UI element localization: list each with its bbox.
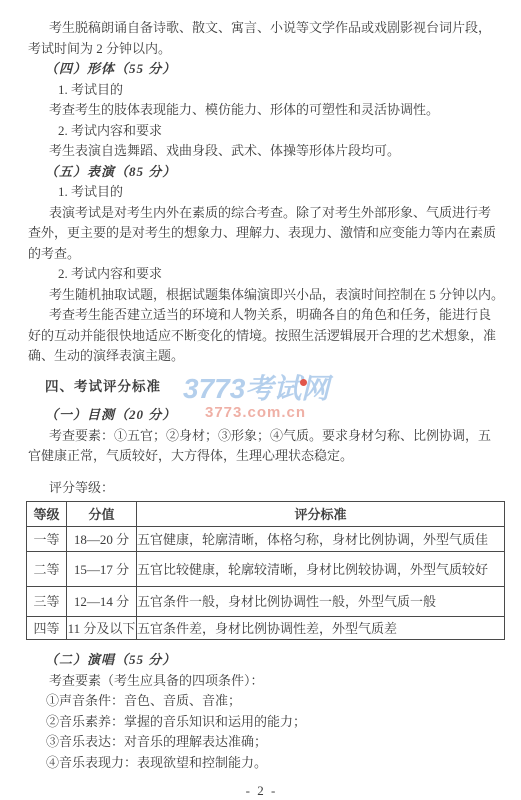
criteria-cell: 五官比较健康，轮廓较清晰，身材比例较协调，外型气质较好 (137, 552, 505, 587)
paragraph-line: 考生表演自选舞蹈、戏曲身段、武术、体操等形体片段均可。 (28, 141, 495, 162)
column-header-grade: 等级 (27, 502, 67, 527)
list-item: ④音乐表现力：表现欲望和控制能力。 (28, 753, 495, 774)
score-cell: 15—17 分 (67, 552, 137, 587)
paragraph-line: 考生脱稿朗诵自备诗歌、散文、寓言、小说等文学作品或戏剧影视台词片段， (28, 18, 495, 39)
table-row: 一等 18—20 分 五官健康，轮廓清晰，体格匀称，身材比例协调，外型气质佳 (27, 527, 505, 552)
paragraph-line: 考查考生能否建立适当的环境和人物关系，明确各自的角色和任务，能进行良 (28, 305, 495, 326)
paragraph-line: 好的互动并能很快地适应不断变化的情境。按照生活逻辑展开合理的艺术想象，准 (28, 326, 495, 347)
criteria-cell: 五官条件一般，身材比例协调性一般，外型气质一般 (137, 587, 505, 617)
table-header-row: 等级 分值 评分标准 (27, 502, 505, 527)
column-header-score: 分值 (67, 502, 137, 527)
score-cell: 18—20 分 (67, 527, 137, 552)
score-cell: 11 分及以下 (67, 617, 137, 640)
numbered-item-heading: 2. 考试内容和要求 (28, 264, 495, 285)
paragraph-line: 表演考试是对考生内外在素质的综合考查。除了对考生外部形象、气质进行考 (28, 203, 495, 224)
subsection-heading-xingti: （四）形体（55 分） (28, 59, 495, 80)
paragraph-line: 的考查。 (28, 244, 495, 265)
table-caption: 评分等级： (28, 478, 495, 499)
grade-cell: 二等 (27, 552, 67, 587)
column-header-criteria: 评分标准 (137, 502, 505, 527)
criteria-cell: 五官健康，轮廓清晰，体格匀称，身材比例协调，外型气质佳 (137, 527, 505, 552)
grade-cell: 四等 (27, 617, 67, 640)
paragraph-line: 考查考生的肢体表现能力、模仿能力、形体的可塑性和灵活协调性。 (28, 100, 495, 121)
page-number: - 2 - (28, 781, 495, 800)
subsection-heading-yanchang: （二）演唱（55 分） (28, 650, 495, 671)
score-cell: 12—14 分 (67, 587, 137, 617)
paragraph-line: 考查要素：①五官；②身材；③形象；④气质。要求身材匀称、比例协调，五 (28, 426, 495, 447)
list-item: ②音乐素养：掌握的音乐知识和运用的能力； (28, 712, 495, 733)
paragraph-line: 考试时间为 2 分钟以内。 (28, 39, 495, 60)
numbered-item-heading: 1. 考试目的 (28, 182, 495, 203)
paragraph-line: 官健康正常，气质较好，大方得体，生理心理状态稳定。 (28, 446, 495, 467)
table-row: 二等 15—17 分 五官比较健康，轮廓较清晰，身材比例较协调，外型气质较好 (27, 552, 505, 587)
criteria-cell: 五官条件差，身材比例协调性差，外型气质差 (137, 617, 505, 640)
numbered-item-heading: 2. 考试内容和要求 (28, 121, 495, 142)
document-page: 3773考试网 3773.com.cn 考生脱稿朗诵自备诗歌、散文、寓言、小说等… (0, 0, 521, 800)
scoring-table: 等级 分值 评分标准 一等 18—20 分 五官健康，轮廓清晰，体格匀称，身材比… (26, 501, 505, 640)
paragraph-line: 确、生动的演绎表演主题。 (28, 346, 495, 367)
grade-cell: 三等 (27, 587, 67, 617)
paragraph-line: 考生随机抽取试题，根据试题集体编演即兴小品，表演时间控制在 5 分钟以内。 (28, 285, 495, 306)
subsection-heading-biaoyan: （五）表演（85 分） (28, 162, 495, 183)
paragraph-line: 查外，更主要的是对考生的想象力、理解力、表现力、激情和应变能力等内在素质 (28, 223, 495, 244)
table-row: 四等 11 分及以下 五官条件差，身材比例协调性差，外型气质差 (27, 617, 505, 640)
numbered-item-heading: 1. 考试目的 (28, 80, 495, 101)
paragraph-line: 考查要素（考生应具备的四项条件）： (28, 671, 495, 692)
main-heading-scoring-standard: 四、考试评分标准 (28, 377, 495, 398)
list-item: ①声音条件：音色、音质、音准； (28, 691, 495, 712)
table-row: 三等 12—14 分 五官条件一般，身材比例协调性一般，外型气质一般 (27, 587, 505, 617)
subsection-heading-muce: （一）目测（20 分） (28, 405, 495, 426)
grade-cell: 一等 (27, 527, 67, 552)
list-item: ③音乐表达：对音乐的理解表达准确； (28, 732, 495, 753)
document-body: 考生脱稿朗诵自备诗歌、散文、寓言、小说等文学作品或戏剧影视台词片段， 考试时间为… (0, 0, 521, 800)
